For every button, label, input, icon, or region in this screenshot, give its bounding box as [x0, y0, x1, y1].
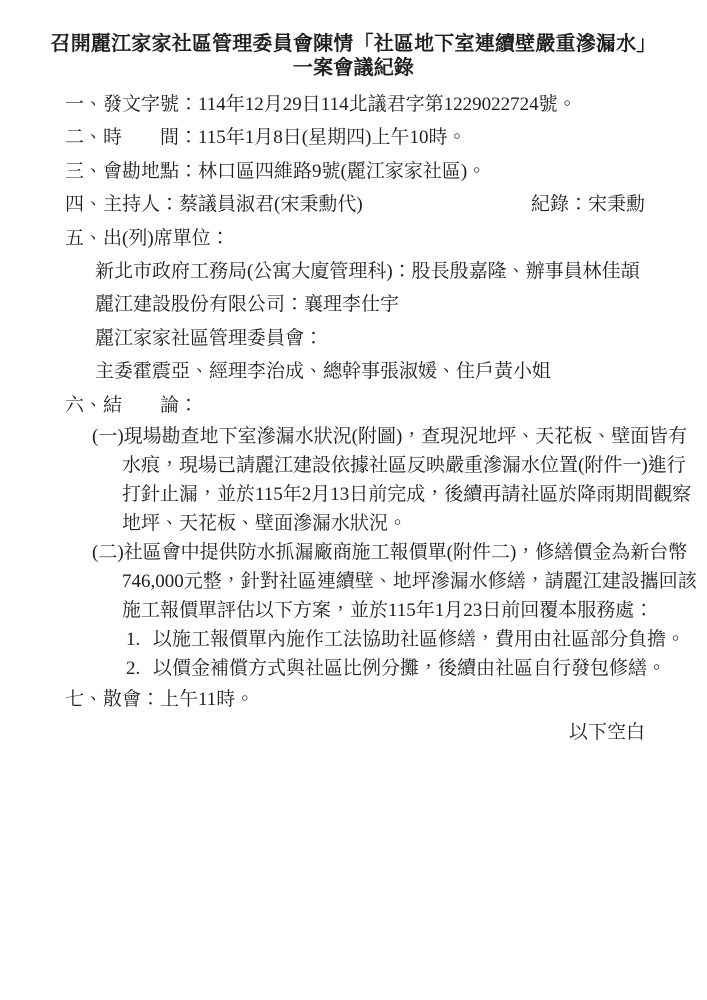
document-line: 新北市政府工務局(公寓大廈管理科)：股長殷嘉隆、辦事員林佳頡 [65, 255, 645, 288]
document-title: 召開麗江家家社區管理委員會陳情「社區地下室連續壁嚴重滲漏水」 一案會議紀錄 [0, 0, 707, 80]
document-line: (二)社區會中提供防水抓漏廠商施工報價單(附件二)，修繕價金為新台幣 [65, 538, 645, 567]
document-line: 一、發文字號：114年12月29日114北議君字第1229022724號。 [65, 88, 645, 121]
document-body: 一、發文字號：114年12月29日114北議君字第1229022724號。二、時… [0, 88, 707, 750]
document-page: 召開麗江家家社區管理委員會陳情「社區地下室連續壁嚴重滲漏水」 一案會議紀錄 一、… [0, 0, 707, 1000]
line-text: 以施工報價單內施作工法協助社區修繕，費用由社區部分負擔。 [153, 629, 685, 650]
document-line: 麗江建設股份有限公司：襄理李仕宇 [65, 288, 645, 321]
document-line: 七、散會：上午11時。 [65, 683, 645, 716]
document-line: 三、會勘地點：林口區四維路9號(麗江家家社區)。 [65, 155, 645, 188]
document-line: 主委霍震亞、經理李治成、總幹事張淑媛、住戶黃小姐 [65, 355, 645, 388]
document-line: (一)現場勘查地下室滲漏水狀況(附圖)，查現況地坪、天花板、壁面皆有 [65, 422, 645, 451]
document-line: 2.以價金補償方式與社區比例分攤，後續由社區自行發包修繕。 [65, 654, 645, 683]
document-line: 746,000元整，針對社區連續壁、地坪滲漏水修繕，請麗江建設攜回該 [65, 567, 645, 596]
document-line: 施工報價單評估以下方案，並於115年1月23日前回覆本服務處： [65, 596, 645, 625]
document-line: 四、主持人：蔡議員淑君(宋秉勳代)紀錄：宋秉勳 [65, 188, 645, 221]
document-line: 麗江家家社區管理委員會： [65, 322, 645, 355]
document-line: 五、出(列)席單位： [65, 222, 645, 255]
title-line-2: 一案會議紀錄 [0, 56, 707, 80]
recorder-label: 紀錄：宋秉勳 [531, 188, 645, 221]
document-line: 1.以施工報價單內施作工法協助社區修繕，費用由社區部分負擔。 [65, 625, 645, 654]
document-line: 打針止漏，並於115年2月13日前完成，後續再請社區於降雨期間觀察 [65, 480, 645, 509]
document-line: 地坪、天花板、壁面滲漏水狀況。 [65, 509, 645, 538]
document-line: 水痕，現場已請麗江建設依據社區反映嚴重滲漏水位置(附件一)進行 [65, 451, 645, 480]
line-text: 四、主持人：蔡議員淑君(宋秉勳代) [65, 188, 363, 221]
list-number: 2. [126, 654, 153, 683]
line-text: 以價金補償方式與社區比例分攤，後續由社區自行發包修繕。 [153, 658, 666, 679]
list-number: 1. [126, 625, 153, 654]
document-line: 二、時 間：115年1月8日(星期四)上午10時。 [65, 121, 645, 154]
title-line-1: 召開麗江家家社區管理委員會陳情「社區地下室連續壁嚴重滲漏水」 [0, 32, 707, 56]
document-line: 以下空白 [65, 716, 645, 749]
document-line: 六、結 論： [65, 389, 645, 422]
